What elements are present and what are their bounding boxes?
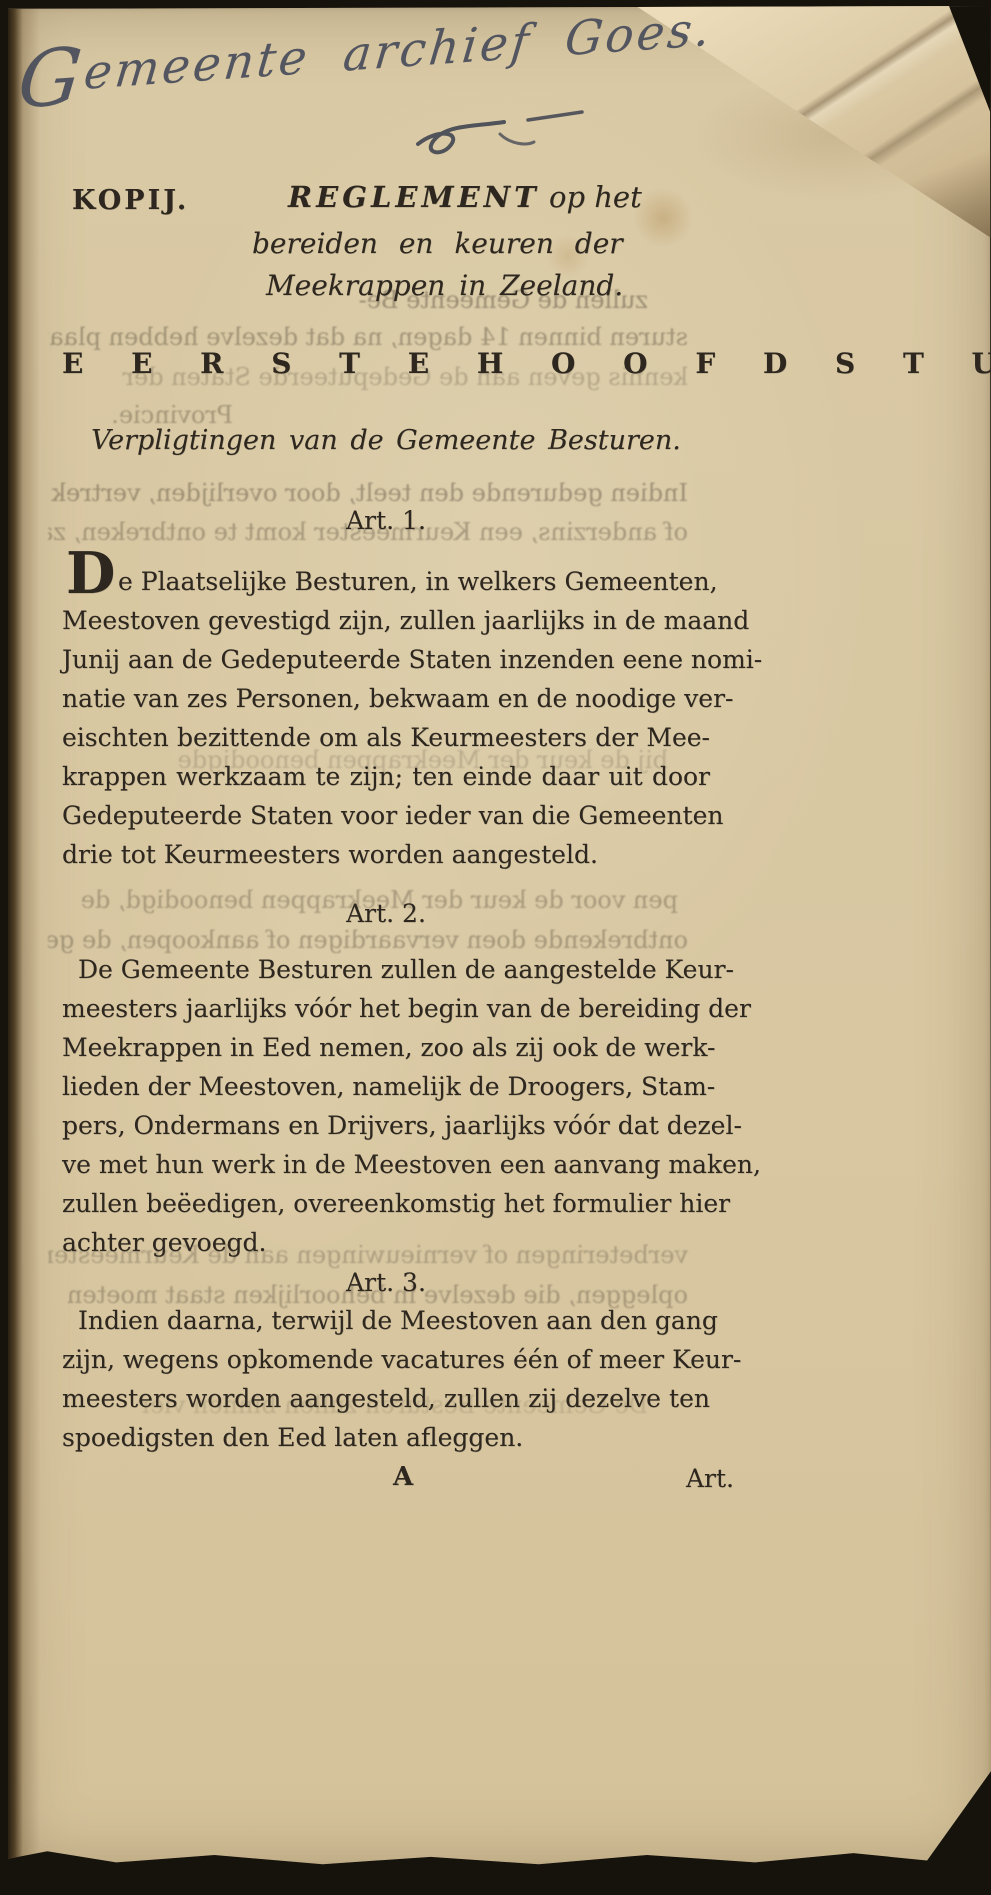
bleedthrough-text-line: Indien gedurende den teelt, door overlij…: [48, 478, 688, 508]
body-text-line: drie tot Keurmeesters worden aangesteld.: [62, 835, 710, 874]
title-line-3: Meekrappen in Zeeland.: [266, 269, 623, 302]
body-text-line: spoedigsten den Eed laten afleggen.: [62, 1418, 710, 1457]
scanned-document-page: zullen de Gemeente Be-sturen binnen 14 d…: [8, 6, 991, 1868]
article-3-body: Indien daarna, terwijl de Meestoven aan …: [62, 1301, 710, 1457]
signature-mark: A: [393, 1462, 413, 1492]
article-2-body: De Gemeente Besturen zullen de aangestel…: [62, 950, 710, 1262]
binding-spine-shadow: [8, 6, 40, 1868]
body-text-line: meesters worden aangesteld, zullen zij d…: [62, 1379, 710, 1418]
handwritten-note: Gemeente archief Goes.: [16, 2, 715, 106]
body-text-line: Meestoven gevestigd zijn, zullen jaarlij…: [62, 601, 710, 640]
catchword: Art.: [686, 1464, 734, 1493]
chapter-heading: E E R S T E H O O F D S T U K.: [62, 347, 710, 380]
body-text-line: Indien daarna, terwijl de Meestoven aan …: [62, 1301, 710, 1340]
article-2-heading: Art. 2.: [62, 899, 710, 928]
screenshot-root: { "colors":{"paper":"#d8c7a1","ink":"#2d…: [0, 0, 991, 1895]
body-text-line: Gedeputeerde Staten voor ieder van die G…: [62, 796, 710, 835]
body-text-line: De Gemeente Besturen zullen de aangestel…: [62, 950, 710, 989]
handwriting-capital: G: [14, 31, 89, 126]
handwriting-flourish: [400, 98, 680, 178]
body-text-line: meesters jaarlijks vóór het begin van de…: [62, 989, 710, 1028]
body-text-line: pers, Ondermans en Drijvers, jaarlijks v…: [62, 1106, 710, 1145]
body-text-line: e Plaatselijke Besturen, in welkers Geme…: [62, 562, 710, 601]
body-text-line: ve met hun werk in de Meestoven een aanv…: [62, 1145, 710, 1184]
body-text-line: zullen beëedigen, overeenkomstig het for…: [62, 1184, 710, 1223]
body-text-line: eischten bezittende om als Keurmeesters …: [62, 718, 710, 757]
title-line-1: REGLEMENT op het: [288, 180, 642, 214]
body-text-line: achter gevoegd.: [62, 1223, 710, 1262]
title-line-1-rest: op het: [540, 180, 642, 214]
body-text-line: krappen werkzaam te zijn; ten einde daar…: [62, 757, 710, 796]
kopij-label: KOPIJ.: [72, 185, 189, 216]
body-text-line: Meekrappen in Eed nemen, zoo als zij ook…: [62, 1028, 710, 1067]
body-text-line: zijn, wegens opkomende vacatures één of …: [62, 1340, 710, 1379]
title-line-2: bereiden en keuren der: [252, 227, 623, 260]
drop-cap: D: [66, 545, 115, 602]
article-1-heading: Art. 1.: [62, 506, 710, 535]
body-text-line: lieden der Meestoven, namelijk de Drooge…: [62, 1067, 710, 1106]
body-text-line: natie van zes Personen, bekwaam en de no…: [62, 679, 710, 718]
article-3-heading: Art. 3.: [62, 1268, 710, 1297]
article-1-body: D e Plaatselijke Besturen, in welkers Ge…: [62, 562, 710, 874]
body-text-line: Junij aan de Gedeputeerde Staten inzende…: [62, 640, 710, 679]
title-reglement: REGLEMENT: [288, 180, 540, 214]
handwritten-note-text: emeente archief Goes.: [81, 2, 715, 101]
section-subtitle: Verpligtingen van de Gemeente Besturen.: [62, 425, 710, 456]
